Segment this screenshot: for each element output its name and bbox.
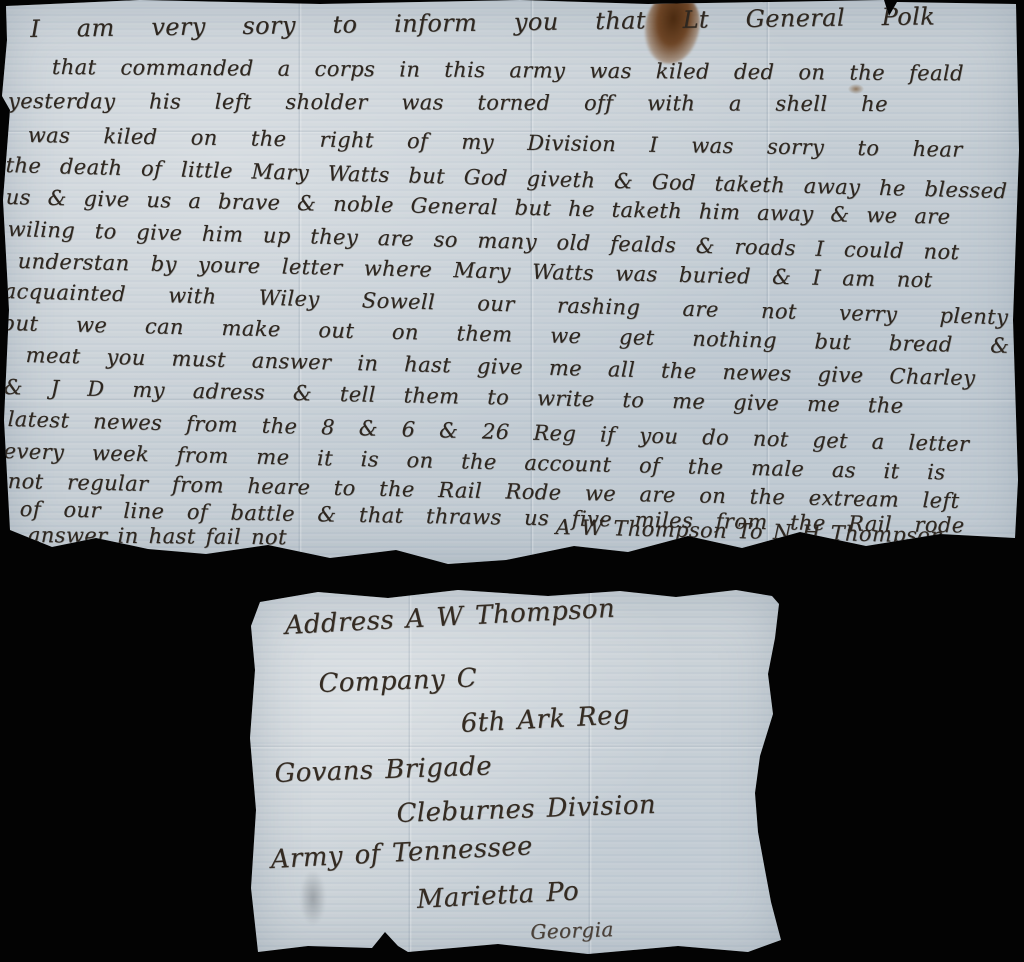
gray-smudge — [300, 870, 326, 926]
address-line: Address A W Thompson — [284, 593, 616, 643]
address-line: Govans Brigade — [274, 750, 493, 790]
letter-line: that commanded a corps in this army was … — [52, 54, 964, 87]
address-slip: Address A W Thompson Company C 6th Ark R… — [248, 588, 784, 958]
address-line: Marietta Po — [416, 875, 580, 916]
fold-crease — [248, 745, 784, 749]
address-line: 6th Ark Reg — [460, 699, 631, 740]
letter-line: yesterday his left sholder was torned of… — [8, 88, 888, 117]
fold-crease — [588, 588, 592, 958]
letter-closing: answer in hast fail not — [28, 522, 287, 551]
address-line: Company C — [318, 662, 478, 700]
letter-page: I am very sory to inform you that Lt Gen… — [0, 0, 1024, 566]
address-line: Georgia — [530, 917, 614, 945]
letter-line: I am very sory to inform you that Lt Gen… — [30, 1, 935, 44]
address-line: Army of Tennessee — [270, 830, 534, 876]
address-line: Cleburnes Division — [396, 789, 657, 831]
scanned-document: I am very sory to inform you that Lt Gen… — [0, 0, 1024, 962]
